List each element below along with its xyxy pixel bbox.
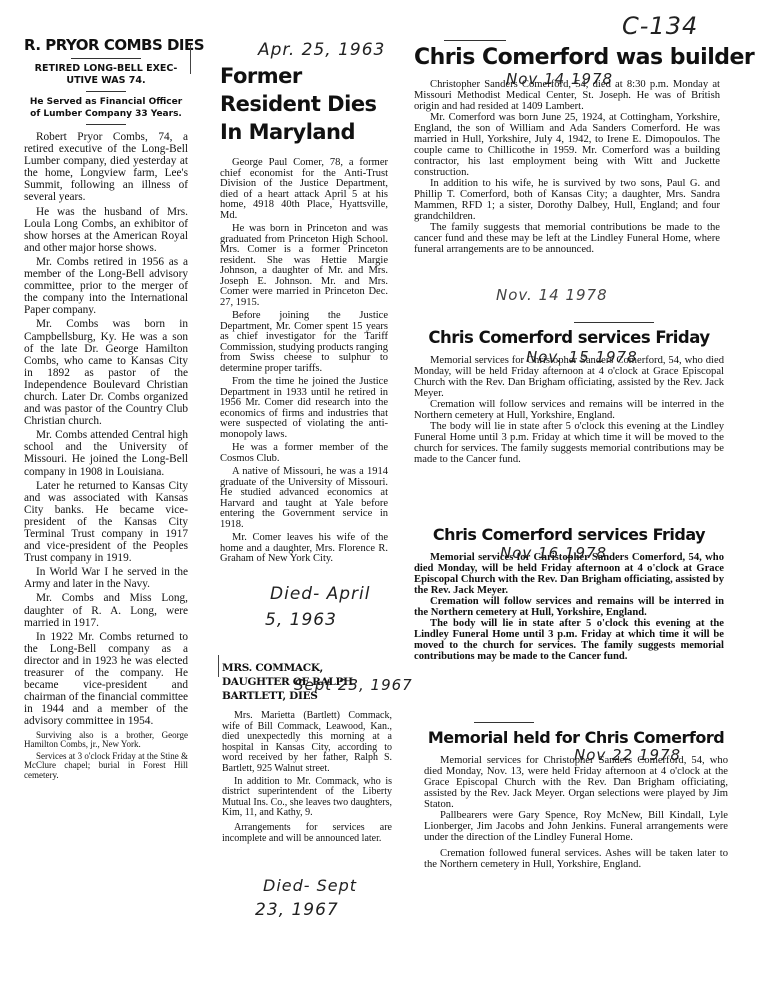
headline: Chris Comerford was builder [414, 45, 720, 71]
handwritten-date: Nov 16 1978 [500, 544, 607, 562]
paragraph: Before joining the Justice Department, M… [220, 311, 388, 374]
paragraph: Robert Pryor Combs, 74, a retired execut… [24, 131, 188, 204]
handwritten-date: Apr. 25, 1963 [258, 40, 385, 60]
clipping-combs: R. PRYOR COMBS DIES RETIRED LONG-BELL EX… [24, 36, 188, 780]
handwritten-date: Sept 23, 1967 [294, 676, 413, 694]
handwritten-note: Died- April [270, 584, 370, 604]
paragraph: Mr. Combs attended Central high school a… [24, 429, 188, 477]
paragraph: Mr. Combs retired in 1956 as a member of… [24, 256, 188, 316]
subhead: RETIRED LONG-BELL EXEC­UTIVE WAS 74. [24, 63, 188, 87]
handwritten-note: 23, 1967 [255, 900, 339, 920]
paragraph: The family suggests that memorial contri… [414, 222, 720, 255]
paragraph: In 1922 Mr. Combs returned to the Long-B… [24, 631, 188, 728]
paragraph: Arrangements for services are incomplete… [222, 823, 392, 844]
handwritten-note: Died- Sept [263, 876, 357, 895]
paragraph: A native of Missouri, he was a 1914 grad… [220, 467, 388, 530]
paragraph: The body will lie in state after 5 o'clo… [414, 618, 724, 662]
page-annotation: C-134 [622, 12, 698, 40]
paragraph: Services at 3 o'clock Friday at the Stin… [24, 752, 188, 781]
clipping-comerford-services-2: Chris Comerford services Friday Nov 16 1… [414, 524, 724, 662]
clipping-comerford-builder: Chris Comerford was builder Nov 14 1978 … [414, 40, 720, 255]
paragraph: Mr. Comerford was born June 25, 1924, at… [414, 112, 720, 178]
handwritten-note: 5, 1963 [265, 610, 337, 630]
paragraph: He was the husband of Mrs. Loula Long Co… [24, 206, 188, 254]
paragraph: Cremation followed funeral services. Ash… [424, 848, 728, 870]
paragraph: Surviving also is a brother, George Hami… [24, 731, 188, 750]
headline: R. PRYOR COMBS DIES [24, 36, 188, 54]
paragraph: Mr. Combs was born in Campbellsburg, Ky.… [24, 318, 188, 427]
subhead: He Served as Financial Officer of Lumber… [24, 96, 188, 120]
clipping-comerford-memorial: Memorial held for Chris Comerford Nov 22… [424, 722, 728, 870]
headline: Chris Comerford services Friday [414, 524, 724, 546]
clipping-comer: Apr. 25, 1963 Former Resident Dies In Ma… [220, 50, 388, 565]
paragraph: Cremation will follow services and remai… [414, 596, 724, 618]
handwritten-date: Nov. 15 1978 [526, 348, 638, 366]
handwritten-note: Nov. 14 1978 [496, 286, 608, 304]
paragraph: George Paul Comer, 78, a former chief ec… [220, 158, 388, 221]
paragraph: In World War I he served in the Army and… [24, 566, 188, 590]
headline: Chris Comerford services Friday [414, 327, 724, 349]
paragraph: He was a former member of the Cosmos Clu… [220, 443, 388, 464]
paragraph: Mrs. Marietta (Bartlett) Commack, wife o… [222, 711, 392, 775]
handwritten-date: Nov 22 1978 [574, 746, 681, 764]
paragraph: Later he returned to Kansas City and was… [24, 480, 188, 565]
handwritten-date: Nov 14 1978 [506, 70, 613, 88]
clipping-comerford-services-1: Chris Comerford services Friday Nov. 15 … [414, 322, 724, 465]
paragraph: Cremation will follow services and remai… [414, 399, 724, 421]
clipping-commack: MRS. COMMACK, DAUGHTER OF RALPH BARTLETT… [222, 661, 392, 844]
paragraph: The body will lie in state after 5 o'clo… [414, 421, 724, 465]
paragraph: He was born in Princeton and was graduat… [220, 224, 388, 308]
paragraph: Mr. Combs and Miss Long, daughter of R. … [24, 592, 188, 628]
paragraph: In addition to Mr. Commack, who is distr… [222, 777, 392, 819]
headline: Former Resident Dies In Maryland [220, 62, 388, 146]
paragraph: From the time he joined the Justice Depa… [220, 377, 388, 440]
paragraph: In addition to his wife, he is survived … [414, 178, 720, 222]
paragraph: Pallbearers were Gary Spence, Roy McNew,… [424, 810, 728, 843]
paragraph: Mr. Comer leaves his wife of the home an… [220, 533, 388, 565]
